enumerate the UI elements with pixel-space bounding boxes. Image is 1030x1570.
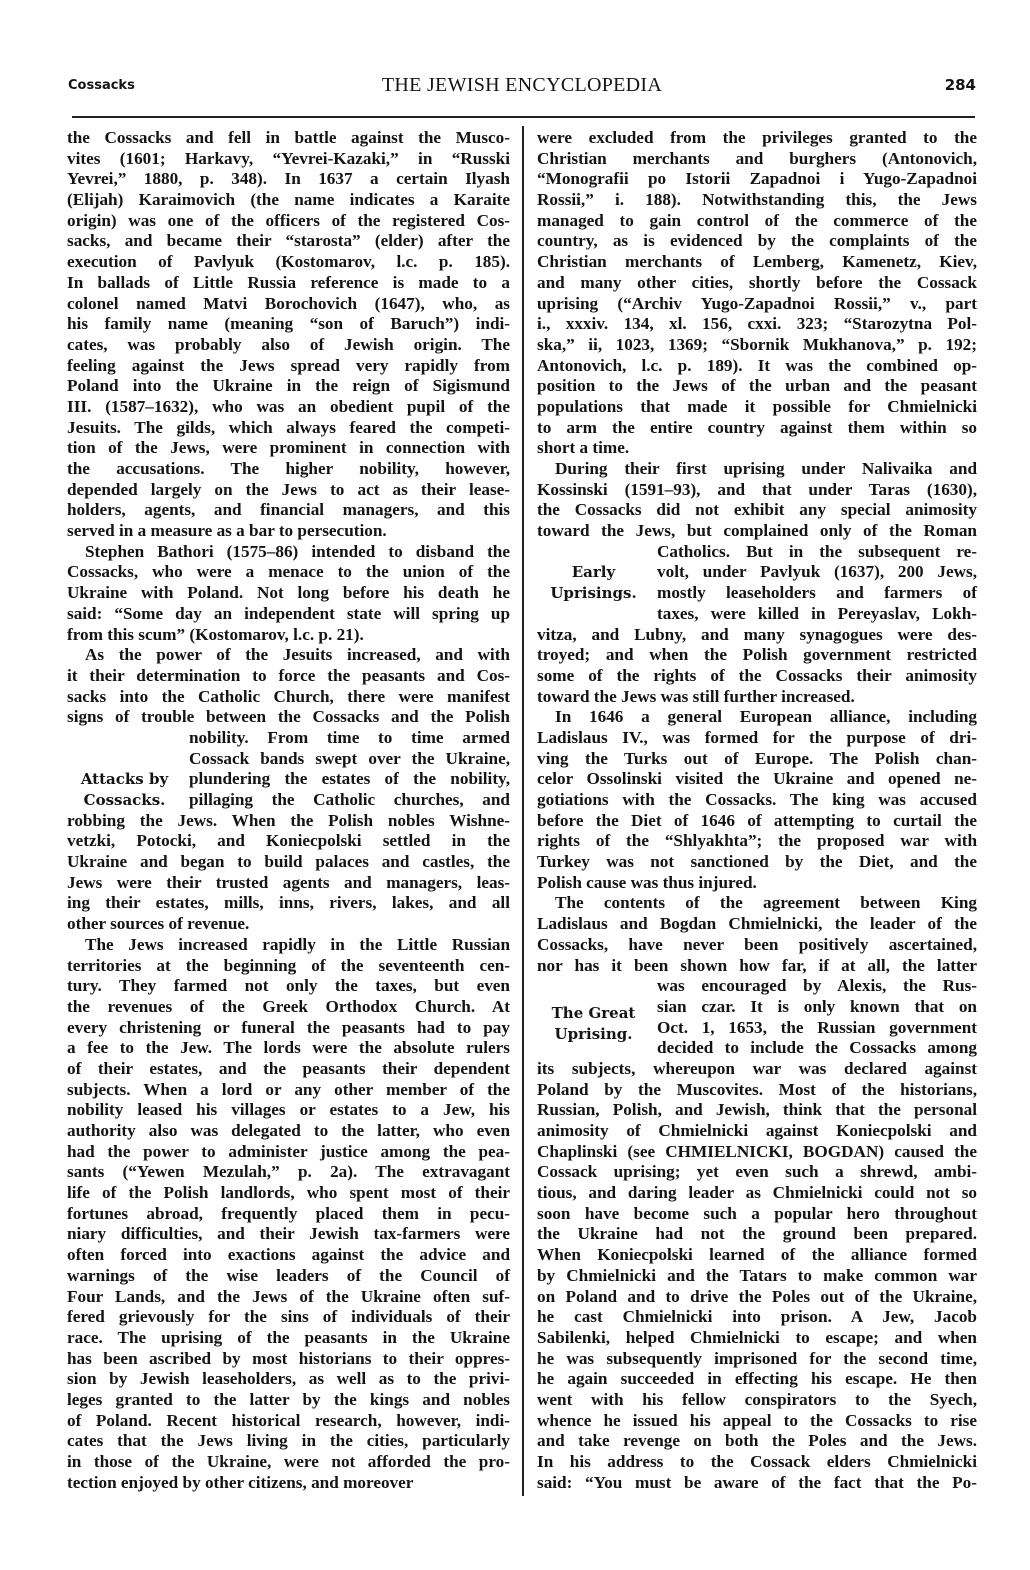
sidenote-line: Attacks by xyxy=(67,769,182,790)
text-line: Catholics. But in the subsequent re- xyxy=(537,542,977,563)
text-line: sacks into the Catholic Church, there we… xyxy=(67,687,510,708)
page-title: THE JEWISH ENCYCLOPEDIA xyxy=(68,74,976,97)
text-line: The Jews increased rapidly in the Little… xyxy=(67,935,510,956)
header-rule xyxy=(72,116,975,118)
text-line: ska,” ii, 1023, 1369; “Sbornik Mukhanova… xyxy=(537,335,977,356)
text-line: sion by Jewish leaseholders, as well as … xyxy=(67,1369,510,1390)
text-line: Stephen Bathori (1575–86) intended to di… xyxy=(67,542,510,563)
text-line: subjects. When a lord or any other membe… xyxy=(67,1080,510,1101)
text-line: signs of trouble between the Cossacks an… xyxy=(67,707,510,728)
text-line: said: “You must be aware of the fact tha… xyxy=(537,1473,977,1494)
text-line: nobility leased his villages or estates … xyxy=(67,1100,510,1121)
text-line: vetzki, Potocki, and Koniecpolski settle… xyxy=(67,831,510,852)
text-line: troyed; and when the Polish government r… xyxy=(537,645,977,666)
sidenote-the-great-uprising: The Great Uprising. xyxy=(536,1003,651,1044)
text-line: sants (“Yewen Mezulah,” p. 2a). The extr… xyxy=(67,1162,510,1183)
text-line: vitza, and Lubny, and many synagogues we… xyxy=(537,625,977,646)
sidenote-line: Cossacks. xyxy=(67,790,182,811)
text-line: to arm the entire country against them w… xyxy=(537,418,977,439)
text-line: by Chmielnicki and the Tatars to make co… xyxy=(537,1266,977,1287)
text-line: country, as is evidenced by the complain… xyxy=(537,231,977,252)
text-line: nobility. From time to time armed xyxy=(67,728,510,749)
text-line: fered grievously for the sins of individ… xyxy=(67,1307,510,1328)
text-line: Cossacks, have never been positively asc… xyxy=(537,935,977,956)
text-line: holders, agents, and financial managers,… xyxy=(67,500,510,521)
text-line: tury. They farmed not only the taxes, bu… xyxy=(67,976,510,997)
text-line: Poland by the Muscovites. Most of the hi… xyxy=(537,1080,977,1101)
text-line: Christian merchants of Lemberg, Kamenetz… xyxy=(537,252,977,273)
text-line: the Cossacks did not exhibit any special… xyxy=(537,500,977,521)
text-line: some of the rights of the Cossacks their… xyxy=(537,666,977,687)
text-line: Jesuits. The gilds, which always feared … xyxy=(67,418,510,439)
text-line: Four Lands, and the Jews of the Ukraine … xyxy=(67,1287,510,1308)
text-line: When Koniecpolski learned of the allianc… xyxy=(537,1245,977,1266)
text-line: had the power to administer justice amon… xyxy=(67,1142,510,1163)
text-line: the accusations. The higher nobility, ho… xyxy=(67,459,510,480)
page-header: Cossacks THE JEWISH ENCYCLOPEDIA 284 xyxy=(68,74,976,100)
text-line: depended largely on the Jews to act as t… xyxy=(67,480,510,501)
text-line: served in a measure as a bar to persecut… xyxy=(67,521,510,542)
text-line: animosity of Chmielnicki against Koniecp… xyxy=(537,1121,977,1142)
text-line: whence he issued his appeal to the Cossa… xyxy=(537,1411,977,1432)
text-line: of Poland. Recent historical research, h… xyxy=(67,1411,510,1432)
text-line: a fee to the Jew. The lords were the abs… xyxy=(67,1038,510,1059)
text-line: “Monografii po Istorii Zapadnoi i Yugo-Z… xyxy=(537,169,977,190)
text-line: (Elijah) Karaimovich (the name indicates… xyxy=(67,190,510,211)
sidenote-line: The Great xyxy=(536,1003,651,1024)
text-line: Yevrei,” 1880, p. 348). In 1637 a certai… xyxy=(67,169,510,190)
right-column: were excluded from the privileges grante… xyxy=(537,128,977,1493)
text-line: Polish cause was thus injured. xyxy=(537,873,977,894)
text-line: tion of the Jews, were prominent in conn… xyxy=(67,438,510,459)
text-line: soon have become such a popular hero thr… xyxy=(537,1204,977,1225)
text-line: niary difficulties, and their Jewish tax… xyxy=(67,1224,510,1245)
text-line: ving the Turks out of Europe. The Polish… xyxy=(537,749,977,770)
text-line: warnings of the wise leaders of the Coun… xyxy=(67,1266,510,1287)
text-line: nor has it been shown how far, if at all… xyxy=(537,956,977,977)
text-line: Sabilenki, helped Chmielnicki to escape;… xyxy=(537,1328,977,1349)
text-line: Christian merchants and burghers (Antono… xyxy=(537,149,977,170)
text-line: position to the Jews of the urban and th… xyxy=(537,376,977,397)
text-line: leges granted to the latter by the kings… xyxy=(67,1390,510,1411)
text-line: gotiations with the Cossacks. The king w… xyxy=(537,790,977,811)
text-line: Poland into the Ukraine in the reign of … xyxy=(67,376,510,397)
text-line: Russian, Polish, and Jewish, think that … xyxy=(537,1100,977,1121)
text-line: territories at the beginning of the seve… xyxy=(67,956,510,977)
column-divider xyxy=(522,126,524,1496)
text-line: Cossacks, who were a menace to the union… xyxy=(67,562,510,583)
text-line: vites (1601; Harkavy, “Yevrei-Kazaki,” i… xyxy=(67,149,510,170)
text-line: its subjects, whereupon war was declared… xyxy=(537,1059,977,1080)
text-line: ing their estates, mills, inns, rivers, … xyxy=(67,893,510,914)
text-line: populations that made it possible for Ch… xyxy=(537,397,977,418)
text-line: authority also was delegated to the latt… xyxy=(67,1121,510,1142)
sidenote-early-uprisings: Early Uprisings. xyxy=(536,562,651,603)
text-line: The contents of the agreement between Ki… xyxy=(537,893,977,914)
text-line: cates, was probably also of Jewish origi… xyxy=(67,335,510,356)
text-line: cates that the Jews living in the cities… xyxy=(67,1431,510,1452)
text-line: origin) was one of the officers of the r… xyxy=(67,211,510,232)
text-line: his family name (meaning “son of Baruch”… xyxy=(67,314,510,335)
text-line: celor Ossolinski visited the Ukraine and… xyxy=(537,769,977,790)
text-line: Chaplinski (see CHMIELNICKI, BOGDAN) cau… xyxy=(537,1142,977,1163)
text-line: went with his fellow conspirators to the… xyxy=(537,1390,977,1411)
text-line: sacks, and became their “starosta” (elde… xyxy=(67,231,510,252)
text-line: said: “Some day an independent state wil… xyxy=(67,604,510,625)
text-line: Cossack uprising; yet even such a shrewd… xyxy=(537,1162,977,1183)
text-line: Ladislaus and Bogdan Chmielnicki, the le… xyxy=(537,914,977,935)
text-line: During their first uprising under Naliva… xyxy=(537,459,977,480)
text-line: managed to gain control of the commerce … xyxy=(537,211,977,232)
text-line: race. The uprising of the peasants in th… xyxy=(67,1328,510,1349)
text-line: In his address to the Cossack elders Chm… xyxy=(537,1452,977,1473)
text-line: feeling against the Jews spread very rap… xyxy=(67,356,510,377)
text-line: In 1646 a general European alliance, inc… xyxy=(537,707,977,728)
text-line: other sources of revenue. xyxy=(67,914,510,935)
sidenote-line: Uprisings. xyxy=(536,583,651,604)
text-line: tection enjoyed by other citizens, and m… xyxy=(67,1473,510,1494)
text-line: life of the Polish landlords, who spent … xyxy=(67,1183,510,1204)
sidenote-line: Early xyxy=(536,562,651,583)
text-line: In ballads of Little Russia reference is… xyxy=(67,273,510,294)
text-line: and take revenge on both the Poles and t… xyxy=(537,1431,977,1452)
text-line: fortunes abroad, frequently placed them … xyxy=(67,1204,510,1225)
text-line: every christening or funeral the peasant… xyxy=(67,1018,510,1039)
text-line: he again succeeded in effecting his esca… xyxy=(537,1369,977,1390)
text-line: colonel named Matvi Borochovich (1647), … xyxy=(67,294,510,315)
text-line: Ukraine and began to build palaces and c… xyxy=(67,852,510,873)
text-line: toward the Jews, but complained only of … xyxy=(537,521,977,542)
left-column: the Cossacks and fell in battle against … xyxy=(67,128,510,1493)
text-line: has been ascribed by most historians to … xyxy=(67,1349,510,1370)
text-line: on Poland and to drive the Poles out of … xyxy=(537,1287,977,1308)
text-line: robbing the Jews. When the Polish nobles… xyxy=(67,811,510,832)
text-line: before the Diet of 1646 of attempting to… xyxy=(537,811,977,832)
text-line: in those of the Ukraine, were not afford… xyxy=(67,1452,510,1473)
text-line: the Ukraine had not the ground been prep… xyxy=(537,1224,977,1245)
text-line: Cossack bands swept over the Ukraine, xyxy=(67,749,510,770)
text-line: taxes, were killed in Pereyaslav, Lokh- xyxy=(537,604,977,625)
text-line: was encouraged by Alexis, the Rus- xyxy=(537,976,977,997)
text-line: he was subsequently imprisoned for the s… xyxy=(537,1349,977,1370)
text-line: As the power of the Jesuits increased, a… xyxy=(67,645,510,666)
page-number: 284 xyxy=(945,76,976,94)
text-line: III. (1587–1632), who was an obedient pu… xyxy=(67,397,510,418)
text-line: and many other cities, shortly before th… xyxy=(537,273,977,294)
sidenote-attacks-by-cossacks: Attacks by Cossacks. xyxy=(67,769,182,810)
text-line: short a time. xyxy=(537,438,977,459)
text-line: the revenues of the Greek Orthodox Churc… xyxy=(67,997,510,1018)
text-line: execution of Pavlyuk (Kostomarov, l.c. p… xyxy=(67,252,510,273)
text-line: Rossii,” i. 188). Notwithstanding this, … xyxy=(537,190,977,211)
text-line: i., xxxiv. 134, xl. 156, cxxi. 323; “Sta… xyxy=(537,314,977,335)
text-line: Kossinski (1591–93), and that under Tara… xyxy=(537,480,977,501)
text-line: uprising (“Archiv Yugo-Zapadnoi Rossii,”… xyxy=(537,294,977,315)
text-line: the Cossacks and fell in battle against … xyxy=(67,128,510,149)
text-line: rights of the “Shlyakhta”; the proposed … xyxy=(537,831,977,852)
text-line: of their estates, and the peasants their… xyxy=(67,1059,510,1080)
text-line: he cast Chmielnicki into prison. A Jew, … xyxy=(537,1307,977,1328)
text-line: Jews were their trusted agents and manag… xyxy=(67,873,510,894)
sidenote-line: Uprising. xyxy=(536,1024,651,1045)
text-line: Ukraine with Poland. Not long before his… xyxy=(67,583,510,604)
text-line: often forced into exactions against the … xyxy=(67,1245,510,1266)
text-line: it their determination to force the peas… xyxy=(67,666,510,687)
text-line: Turkey was not sanctioned by the Diet, a… xyxy=(537,852,977,873)
text-line: Antonovich, l.c. p. 189). It was the com… xyxy=(537,356,977,377)
text-line: were excluded from the privileges grante… xyxy=(537,128,977,149)
text-line: toward the Jews was still further increa… xyxy=(537,687,977,708)
text-line: Ladislaus IV., was formed for the purpos… xyxy=(537,728,977,749)
text-line: from this scum” (Kostomarov, l.c. p. 21)… xyxy=(67,625,510,646)
text-line: tious, and daring leader as Chmielnicki … xyxy=(537,1183,977,1204)
